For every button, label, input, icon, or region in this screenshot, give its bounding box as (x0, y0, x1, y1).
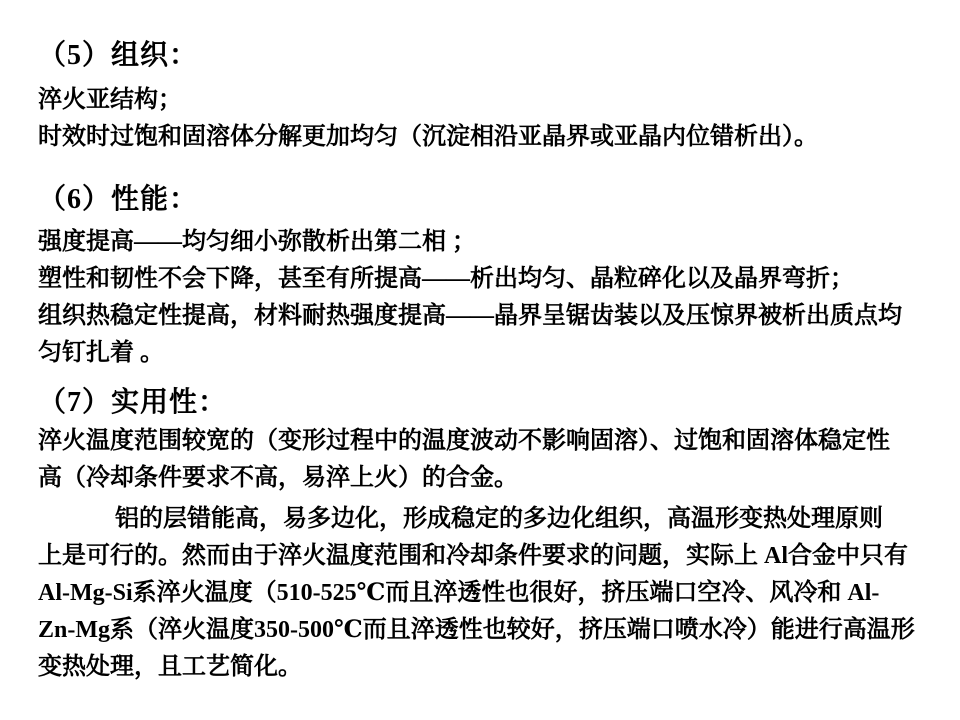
body-paragraph: 铝的层错能高，易多边化，形成稳定的多边化组织，高温形变热处理原则 上是可行的。然… (38, 501, 934, 686)
text-line: 上是可行的。然而由于淬火温度范围和冷却条件要求的问题，实际上 Al合金中只有 (38, 538, 934, 575)
text-line: 组织热稳定性提高，材料耐热强度提高——晶界呈锯齿装以及压惊界被析出质点均 (38, 298, 934, 335)
text-line: 塑性和韧性不会下降，甚至有所提高——析出均匀、晶粒碎化以及晶界弯折； (38, 261, 934, 298)
section-7-heading: （7）实用性： (38, 387, 934, 419)
slide-content: （5）组织： 淬火亚结构； 时效时过饱和固溶体分解更加均匀（沉淀相沿亚晶界或亚晶… (0, 0, 960, 686)
text-line: Zn-Mg系（淬火温度350-500℃而且淬透性也较好，挤压端口喷水冷）能进行高… (38, 612, 934, 649)
text-line: 铝的层错能高，易多边化，形成稳定的多边化组织，高温形变热处理原则 (38, 501, 934, 538)
section-practicality: （7）实用性： 淬火温度范围较宽的（变形过程中的温度波动不影响固溶）、过饱和固溶… (38, 387, 934, 686)
presentation-slide: （5）组织： 淬火亚结构； 时效时过饱和固溶体分解更加均匀（沉淀相沿亚晶界或亚晶… (0, 0, 960, 720)
text-line: 强度提高——均匀细小弥散析出第二相 ； (38, 224, 934, 261)
text-line: 淬火亚结构； (38, 82, 934, 119)
section-6-heading: （6）性能： (38, 184, 934, 216)
text-line: 淬火温度范围较宽的（变形过程中的温度波动不影响固溶）、过饱和固溶体稳定性 (38, 423, 934, 460)
text-line: 高（冷却条件要求不高，易淬上火）的合金。 (38, 460, 934, 497)
section-properties: （6）性能： 强度提高——均匀细小弥散析出第二相 ； 塑性和韧性不会下降，甚至有… (38, 184, 934, 372)
section-5-heading: （5）组织： (38, 40, 934, 72)
section-structure: （5）组织： 淬火亚结构； 时效时过饱和固溶体分解更加均匀（沉淀相沿亚晶界或亚晶… (38, 40, 934, 156)
text-line: 匀钉扎着 。 (38, 335, 934, 372)
text-line: 时效时过饱和固溶体分解更加均匀（沉淀相沿亚晶界或亚晶内位错析出）。 (38, 119, 934, 156)
text-line: Al-Mg-Si系淬火温度（510-525℃而且淬透性也很好，挤压端口空冷、风冷… (38, 575, 934, 612)
text-line: 变热处理，且工艺简化。 (38, 649, 934, 686)
